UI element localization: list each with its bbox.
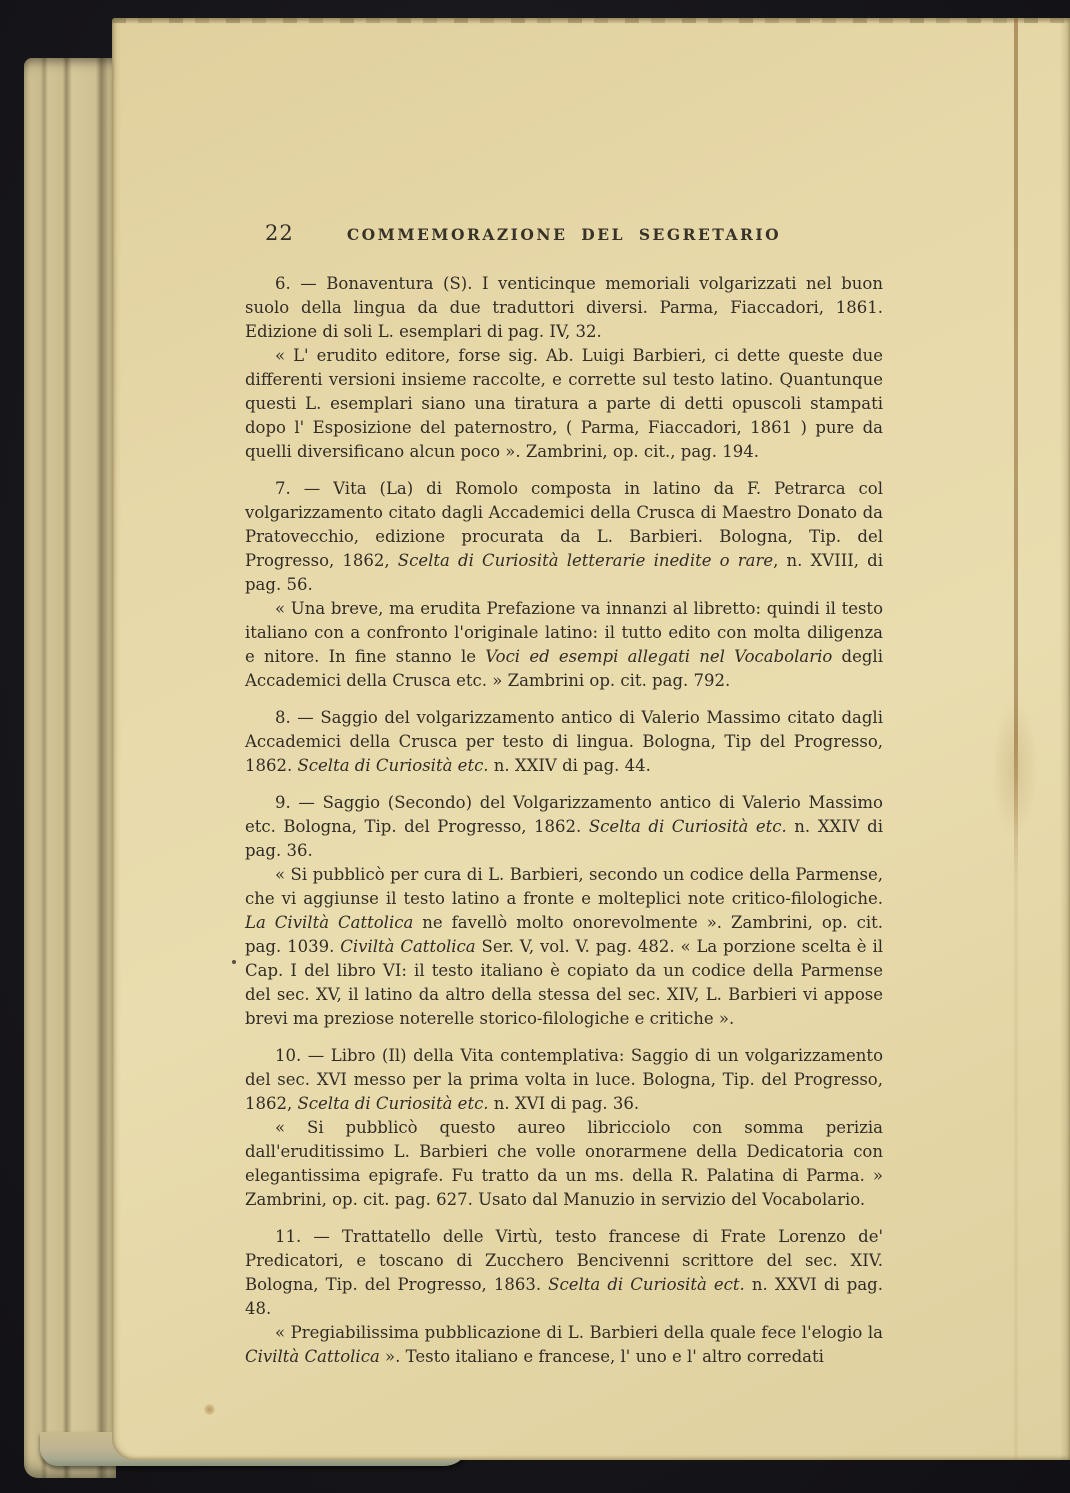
italic-book-title: Civiltà Cattolica (340, 937, 475, 956)
quote-paragraph: « Una breve, ma erudita Prefazione va in… (245, 597, 883, 693)
text-segment: n. XXIV di pag. 44. (489, 756, 651, 775)
quote-paragraph: « Si pubblicò per cura di L. Barbieri, s… (245, 863, 883, 1031)
text-segment: 6. — Bonaventura (S). I venticinque memo… (245, 274, 883, 341)
entry-paragraph: 8. — Saggio del volgarizzamento antico d… (245, 706, 883, 778)
entry-paragraph: 7. — Vita (La) di Romolo composta in lat… (245, 477, 883, 597)
text-segment: « Si pubblicò per cura di L. Barbieri, s… (245, 865, 883, 908)
quote-paragraph: « L' erudito editore, forse sig. Ab. Lui… (245, 344, 883, 464)
crease-smudge (992, 698, 1038, 838)
text-segment: « Si pubblicò questo aureo libricciolo c… (245, 1118, 883, 1209)
entry-paragraph: 11. — Trattatello delle Virtù, testo fra… (245, 1225, 883, 1321)
book-page: 22 COMMEMORAZIONE DEL SEGRETARIO 6. — Bo… (112, 18, 1070, 1460)
italic-book-title: La Civiltà Cattolica (245, 913, 413, 932)
entry-paragraph: 10. — Libro (Il) della Vita contemplativ… (245, 1044, 883, 1116)
text-segment: « L' erudito editore, forse sig. Ab. Lui… (245, 346, 883, 461)
text-segment: « Pregiabilissima pubblicazione di L. Ba… (275, 1323, 883, 1342)
running-head: 22 COMMEMORAZIONE DEL SEGRETARIO (245, 221, 883, 247)
quote-paragraph: « Si pubblicò questo aureo libricciolo c… (245, 1116, 883, 1212)
italic-book-title: Scelta di Curiosità ect. (548, 1275, 745, 1294)
margin-speck (232, 960, 236, 964)
text-segment: ». Testo italiano e francese, l' uno e l… (380, 1347, 824, 1366)
italic-book-title: Civiltà Cattolica (245, 1347, 380, 1366)
quote-paragraph: « Pregiabilissima pubblicazione di L. Ba… (245, 1321, 883, 1369)
book-page-edge-stack (24, 58, 116, 1478)
italic-book-title: Voci ed esempi allegati nel Vocabolario (485, 647, 832, 666)
stain-spot (204, 1404, 215, 1415)
entry-paragraph: 9. — Saggio (Secondo) del Volgarizzament… (245, 791, 883, 863)
text-segment: n. XVI di pag. 36. (489, 1094, 640, 1113)
italic-book-title: Scelta di Curiosità letterarie inedite o… (398, 551, 773, 570)
italic-book-title: Scelta di Curiosità etc. (297, 1094, 488, 1113)
page-number: 22 (265, 221, 294, 245)
italic-book-title: Scelta di Curiosità etc. (297, 756, 488, 775)
text-block: 6. — Bonaventura (S). I venticinque memo… (245, 272, 883, 1369)
entry-paragraph: 6. — Bonaventura (S). I venticinque memo… (245, 272, 883, 344)
running-header-title: COMMEMORAZIONE DEL SEGRETARIO (245, 221, 883, 244)
italic-book-title: Scelta di Curiosità etc. (589, 817, 787, 836)
